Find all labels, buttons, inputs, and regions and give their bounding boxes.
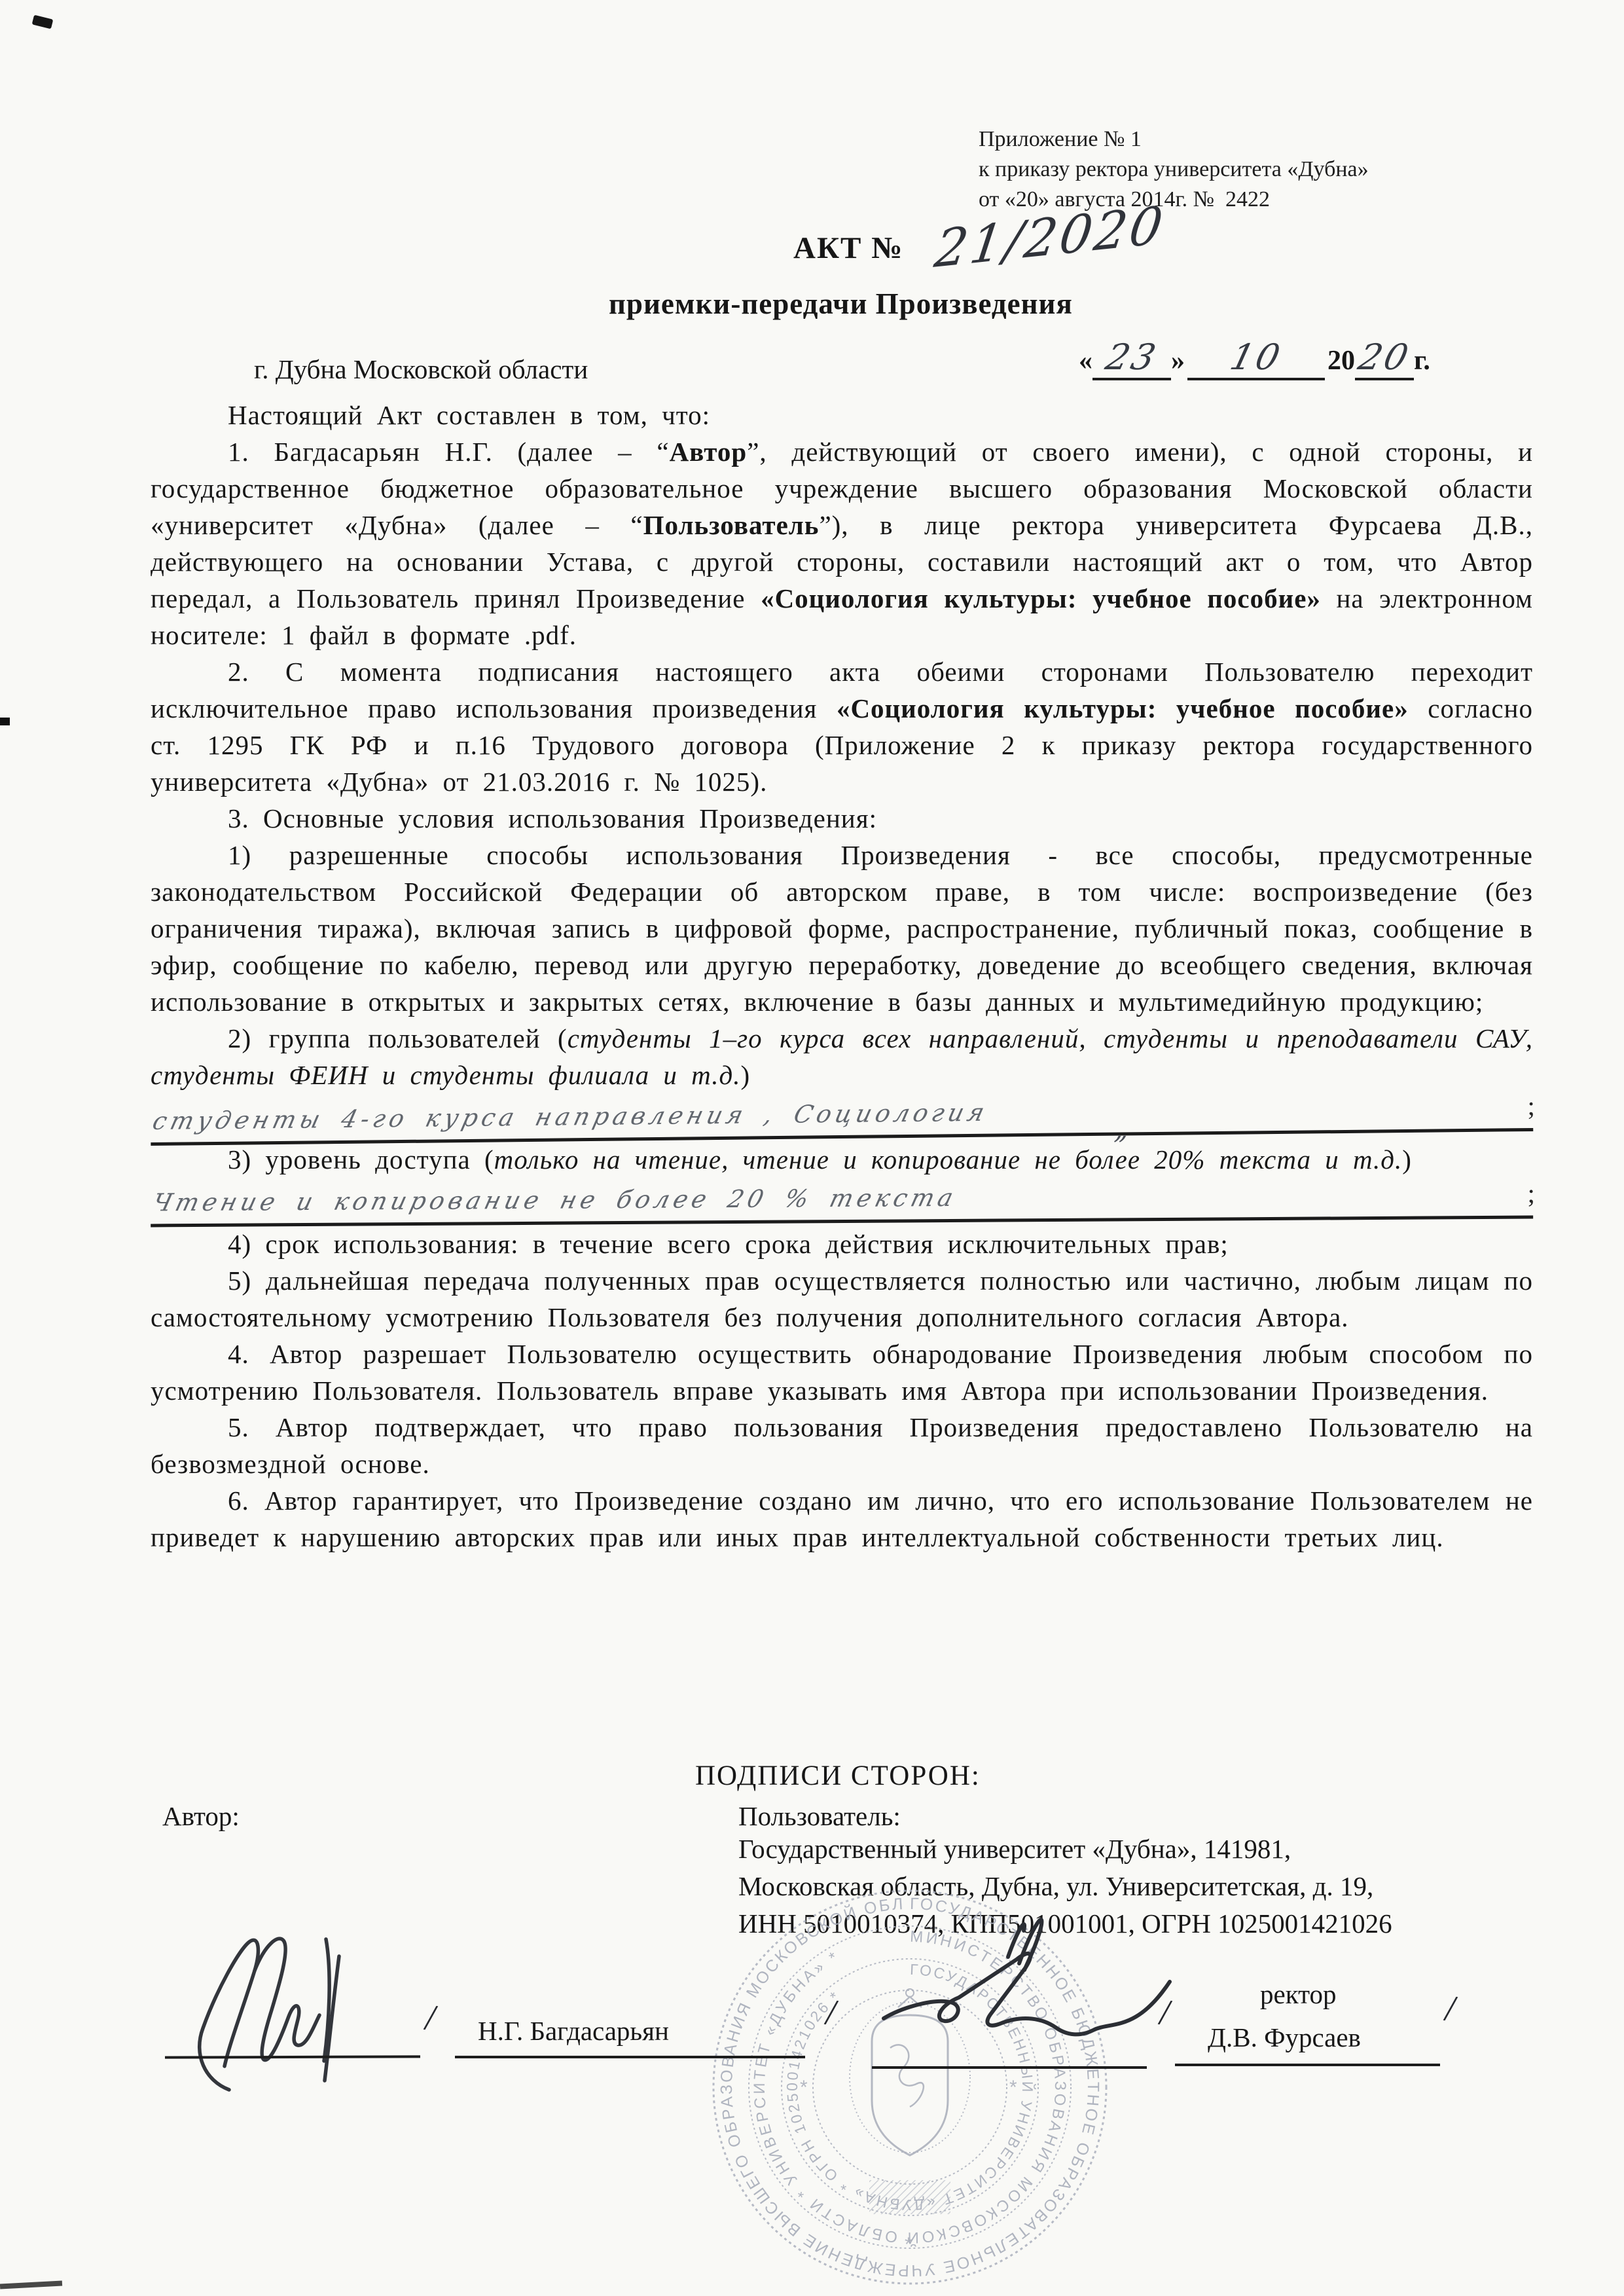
svg-text:*: * — [905, 2234, 912, 2255]
fill-in-access-level-terminator: ; — [1527, 1175, 1536, 1212]
paragraph-clause-6: 6. Автор гарантирует, что Произведение с… — [151, 1482, 1533, 1556]
user-label: Пользователь: — [738, 1800, 901, 1832]
rector-signature — [874, 1902, 1182, 2059]
scan-artifact-bottom — [0, 2281, 62, 2289]
paragraph-intro: Настоящий Акт составлен в том, что: — [151, 397, 1533, 433]
quote-open: « — [1079, 346, 1092, 376]
scan-artifact-corner — [32, 15, 54, 29]
paragraph-clause-1: 1. Багдасарьян Н.Г. (далее – “Автор”, де… — [151, 433, 1533, 653]
paragraph-clause-2: 2. С момента подписания настоящего акта … — [151, 653, 1533, 800]
quote-close: » — [1171, 346, 1185, 376]
year-handwritten: 20 — [1354, 337, 1415, 378]
scan-artifact-edge — [0, 718, 10, 725]
year-prefix: 20 — [1327, 346, 1355, 376]
date-line: «23» 10 2020г. — [1079, 337, 1430, 380]
act-title-line: АКТ № — [793, 230, 903, 266]
paragraph-clause-3-5: 5) дальнейшая передача полученных прав о… — [151, 1262, 1533, 1336]
fill-in-user-group: студенты 4-го курса направления , Социол… — [151, 1089, 1534, 1146]
paragraph-clause-3-2: 2) группа пользователей (студенты 1–го к… — [151, 1020, 1533, 1093]
rector-title: ректор — [1260, 1978, 1336, 2010]
author-signature — [167, 1931, 376, 2095]
slash-mark: / — [1441, 1986, 1460, 2031]
act-label: АКТ № — [793, 231, 903, 265]
paragraph-clause-3: 3. Основные условия использования Произв… — [151, 800, 1533, 837]
document-body: Настоящий Акт составлен в том, что: 1. Б… — [151, 397, 1533, 1556]
svg-text:*: * — [800, 2077, 808, 2098]
author-name: Н.Г. Багдасарьян — [478, 2015, 669, 2047]
svg-text:*: * — [1009, 2077, 1017, 2098]
year-g-label: г. — [1414, 346, 1430, 376]
fill-in-user-group-terminator: ; — [1527, 1087, 1536, 1124]
place-line: г. Дубна Московской области — [254, 354, 588, 385]
author-name-line — [455, 2056, 805, 2058]
author-label: Автор: — [162, 1800, 240, 1832]
day-handwritten: 23 — [1102, 337, 1162, 378]
act-number-handwritten: 21/2020 — [931, 196, 1169, 280]
paragraph-clause-3-3: 3) уровень доступа (только на чтение, чт… — [151, 1141, 1533, 1178]
rector-name: Д.В. Фурсаев — [1208, 2022, 1361, 2053]
signatures-heading: ПОДПИСИ СТОРОН: — [695, 1760, 981, 1792]
month-handwritten: 10 — [1226, 337, 1286, 378]
paragraph-clause-4: 4. Автор разрешает Пользователю осуществ… — [151, 1336, 1533, 1409]
fill-in-access-level-handwritten: Чтение и копирование не более 20 % текст… — [149, 1180, 961, 1222]
author-signature-line — [165, 2055, 420, 2058]
fill-in-user-group-handwritten: студенты 4-го курса направления , Социол… — [149, 1095, 992, 1140]
slash-mark: / — [422, 1995, 440, 2040]
paragraph-clause-5: 5. Автор подтверждает, что право пользов… — [151, 1409, 1533, 1482]
appendix-line-2: к приказу ректора университета «Дубна» — [979, 155, 1369, 185]
appendix-reference: Приложение № 1 к приказу ректора универс… — [979, 124, 1369, 215]
appendix-line-1: Приложение № 1 — [979, 124, 1369, 155]
paragraph-clause-3-1: 1) разрешенные способы использования Про… — [151, 837, 1533, 1020]
rector-signature-line — [872, 2066, 1147, 2069]
rector-name-line — [1175, 2064, 1440, 2066]
fill-in-access-level: Чтение и копирование не более 20 % текст… — [151, 1176, 1533, 1228]
act-subtitle: приемки-передачи Произведения — [609, 287, 1073, 321]
paragraph-clause-3-4: 4) срок использования: в течение всего с… — [151, 1226, 1533, 1262]
org-address-line-1: Государственный университет «Дубна», 141… — [738, 1831, 1392, 1868]
scanned-document-page: Приложение № 1 к приказу ректора универс… — [0, 0, 1624, 2296]
